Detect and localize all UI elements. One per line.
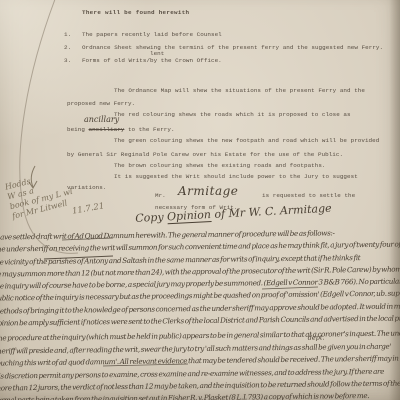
document-page: There will be found herewith 1. The pape… — [0, 0, 400, 400]
handwritten-insertion-dept: dept. — [308, 333, 325, 341]
